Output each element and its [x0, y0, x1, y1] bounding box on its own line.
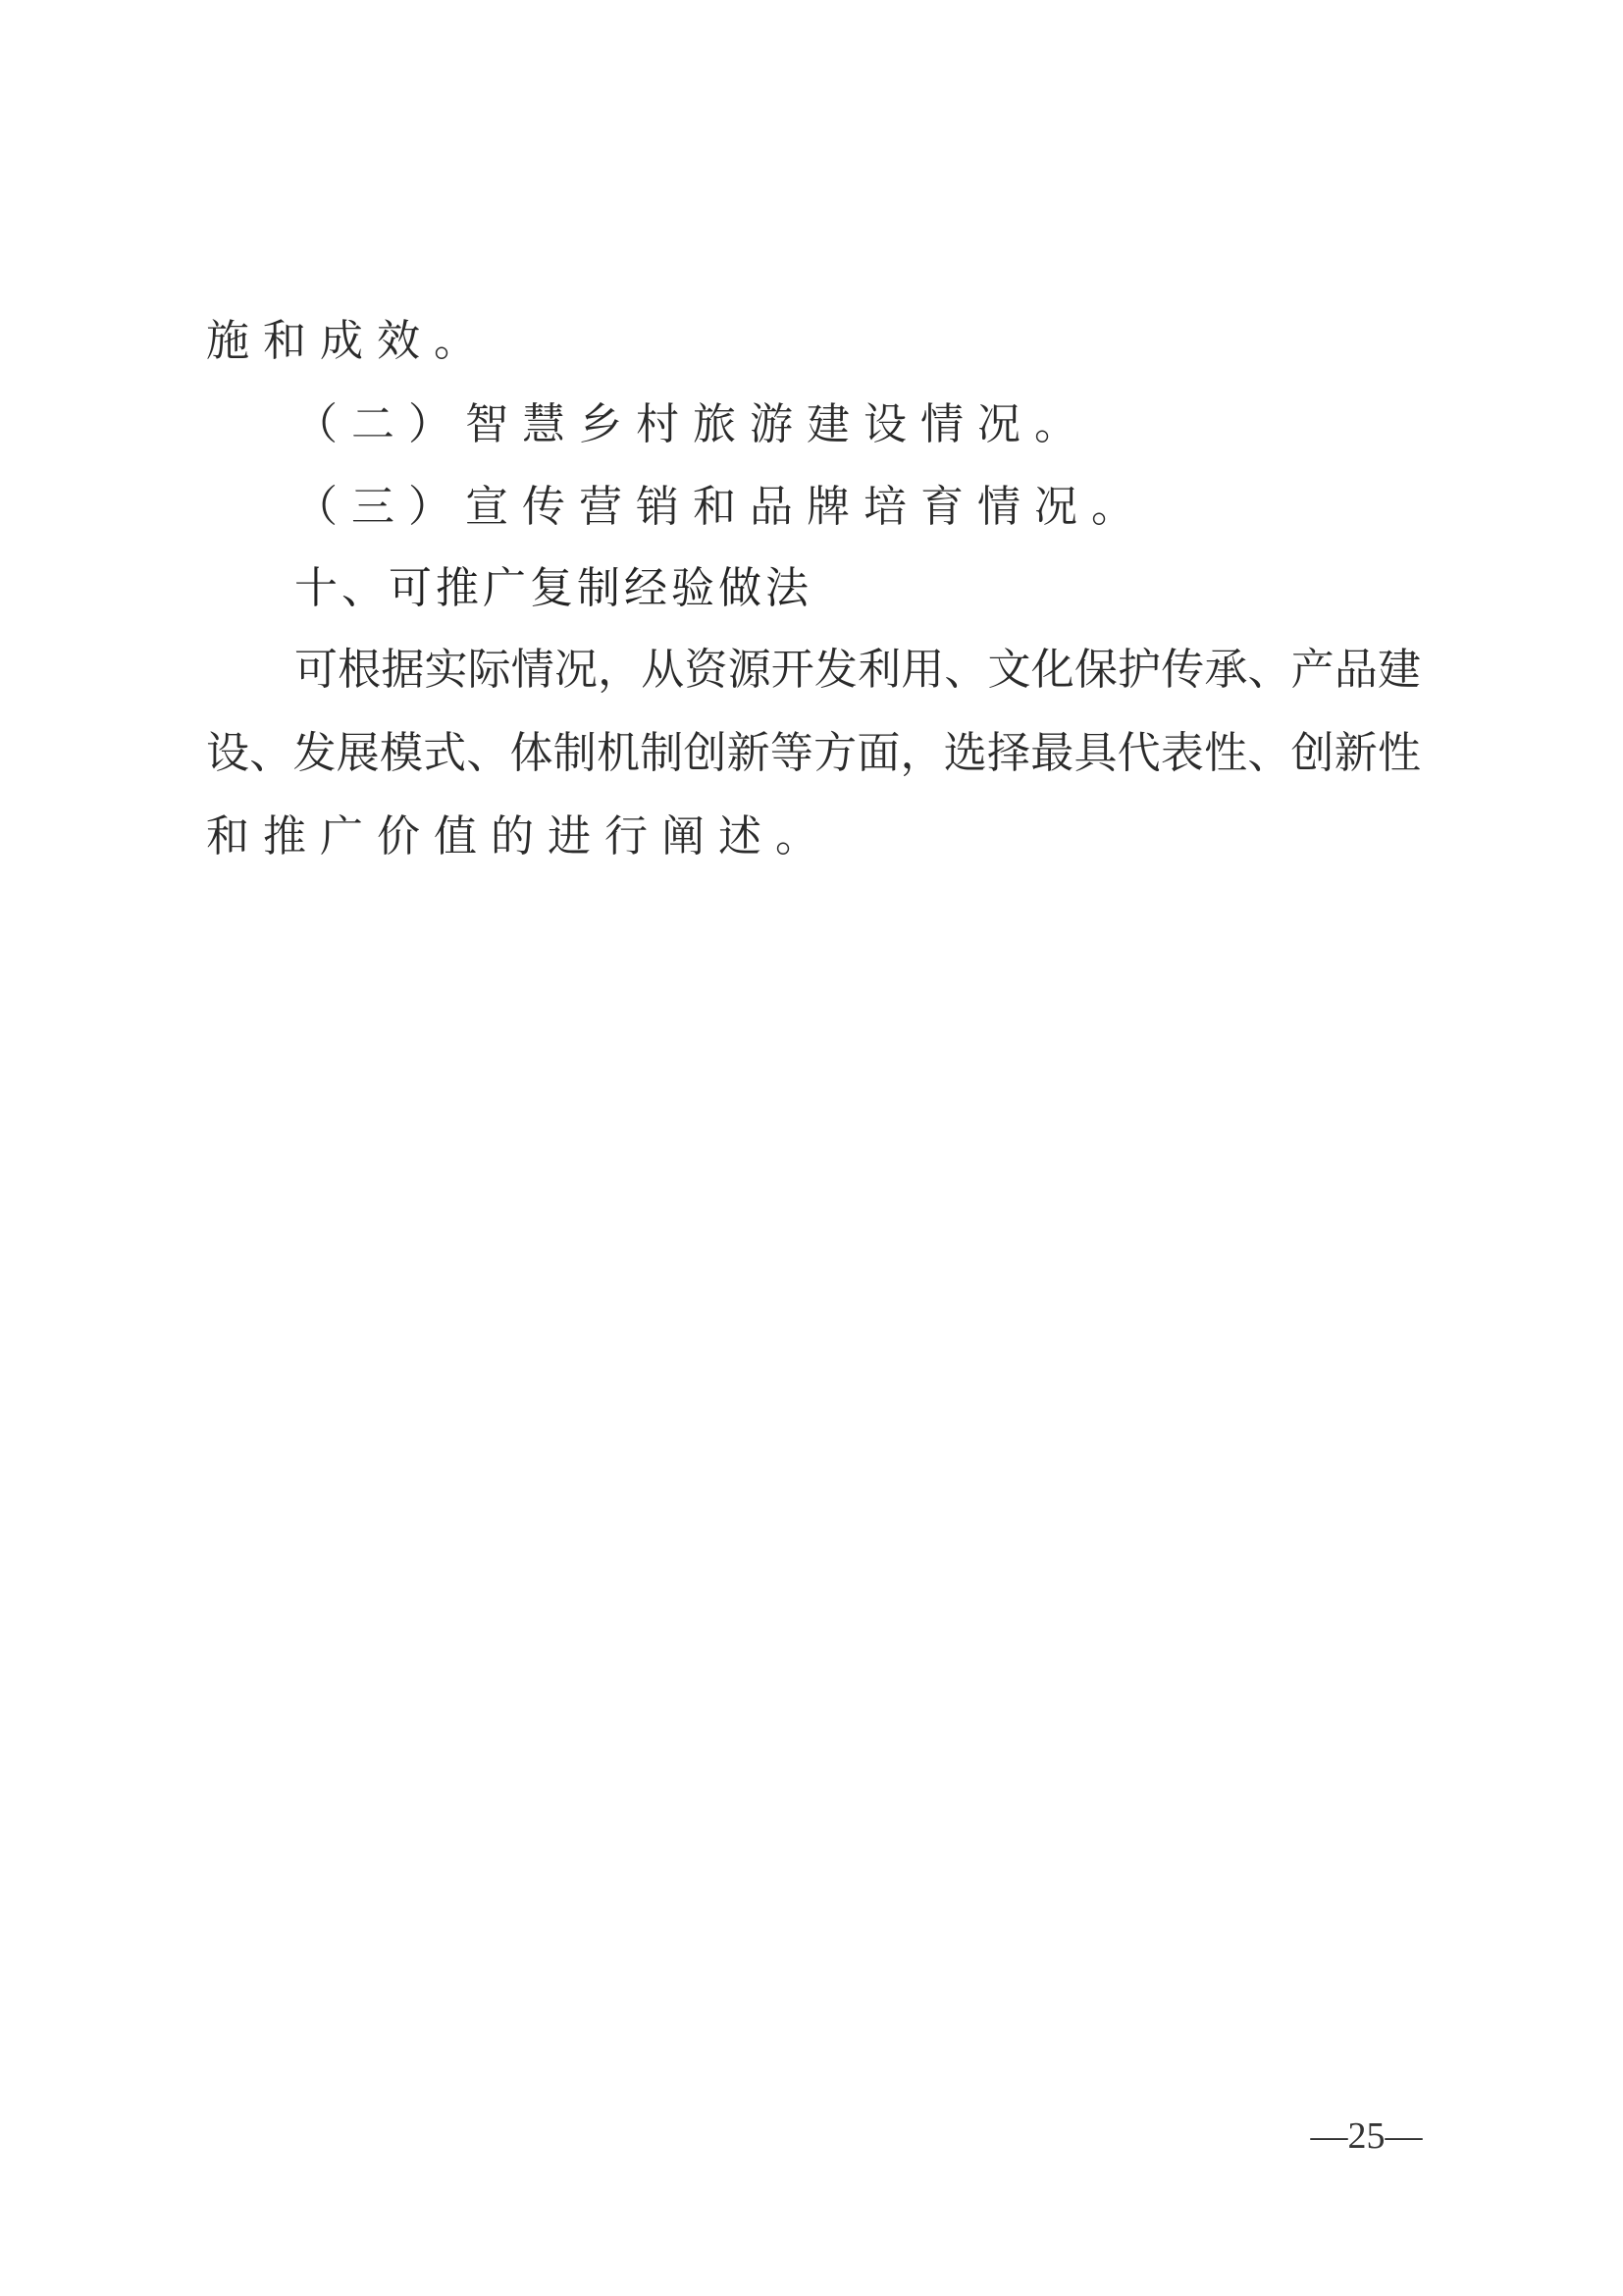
subsection-item-2: （二）智慧乡村旅游建设情况。 [294, 395, 1511, 454]
paragraph-line-1: 可根据实际情况，从资源开发利用、文化保护传承、产品建 [294, 641, 1421, 700]
text-line-continuation: 施和成效。 [206, 312, 1423, 371]
section-heading: 十、可推广复制经验做法 [294, 559, 1511, 618]
paragraph-line-3: 和推广价值的进行阐述。 [206, 808, 1423, 866]
paragraph-line-2: 设、发展模式、体制机制创新等方面，选择最具代表性、创新性 [206, 724, 1421, 783]
page-number: —25— [1310, 2112, 1423, 2161]
document-page: 施和成效。 （二）智慧乡村旅游建设情况。 （三）宣传营销和品牌培育情况。 十、可… [0, 0, 1623, 2296]
subsection-item-3: （三）宣传营销和品牌培育情况。 [294, 478, 1511, 537]
